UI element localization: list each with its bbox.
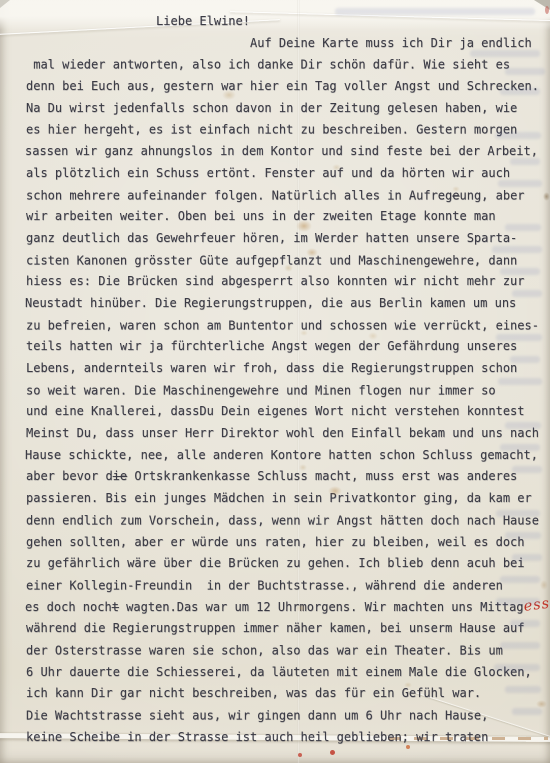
struck-out-text: ie xyxy=(113,469,127,483)
typed-text: wir arbeiten weiter. Oben bei uns in der… xyxy=(26,209,496,223)
typed-text: während die Regierungstruppen immer nähe… xyxy=(26,621,525,635)
typed-text: denn bei Euch aus, gestern war hier ein … xyxy=(26,79,539,93)
letter-line: es doch nocht wagten.Das war um 12 Uhrmo… xyxy=(25,597,550,619)
letter-line: hiess es: Die Brücken sind abgesperrt al… xyxy=(26,271,550,293)
letter-line: Die Wachtstrasse sieht aus, wir gingen d… xyxy=(26,706,550,728)
letter-line: 6 Uhr dauerte die Schiesserei, da läutet… xyxy=(26,662,550,684)
letter-line: zu gefährlich wäre über die Brücken zu g… xyxy=(26,553,550,575)
letter-line: wir arbeiten weiter. Oben bei uns in der… xyxy=(26,206,550,228)
letter-line: Auf Deine Karte muss ich Dir ja endlich xyxy=(26,33,550,55)
typed-text: cisten Kanonen grösster Güte aufgepflanz… xyxy=(26,253,517,267)
typed-text: Hause schickte, nee, alle anderen Kontor… xyxy=(25,448,538,462)
typed-text: 6 Uhr dauerte die Schiesserei, da läutet… xyxy=(26,665,532,679)
typed-text: Lebens, andernteils waren wir froh, dass… xyxy=(26,361,517,375)
typed-text: Liebe Elwine! xyxy=(26,14,250,28)
typed-text: einer Kollegin-Freundin in der Buchtstra… xyxy=(26,578,503,592)
letter-line: passieren. Bis ein junges Mädchen in sei… xyxy=(26,488,550,510)
typed-text: Neustadt hinüber. Die Regierungstruppen,… xyxy=(25,296,516,310)
struck-out-text: t xyxy=(112,600,119,614)
letter-line: teils hatten wir ja fürchterliche Angst … xyxy=(26,336,550,358)
letter-line: während die Regierungstruppen immer nähe… xyxy=(26,618,550,640)
page-corner-shadow-top-right xyxy=(534,0,550,10)
letter-line: ich kann Dir gar nicht beschreiben, was … xyxy=(26,683,550,705)
letter-line: Meinst Du, dass unser Herr Direktor wohl… xyxy=(26,423,550,445)
typed-text: denn endlich zum Vorschein, dass, wenn w… xyxy=(26,513,539,527)
typed-text: aber bevor d xyxy=(26,469,113,483)
typed-text: Meinst Du, dass unser Herr Direktor wohl… xyxy=(26,426,539,440)
letter-line: aber bevor die Ortskrankenkasse Schluss … xyxy=(26,466,550,488)
page-corner-shadow-top-left xyxy=(0,0,10,8)
typed-text: teils hatten wir ja fürchterliche Angst … xyxy=(26,339,517,353)
letter-line: sassen wir ganz ahnungslos in dem Kontor… xyxy=(25,141,550,163)
typed-text: ganz deutlich das Gewehrfeuer hören, im … xyxy=(26,231,517,245)
typed-text: gehen sollten, aber er würde uns raten, … xyxy=(26,535,525,549)
typed-text: hiess es: Die Brücken sind abgesperrt al… xyxy=(26,274,525,288)
typed-text: als plötzlich ein Schuss ertönt. Fenster… xyxy=(26,166,510,180)
letter-line: denn bei Euch aus, gestern war hier ein … xyxy=(26,76,550,98)
typed-text: zu gefährlich wäre über die Brücken zu g… xyxy=(26,556,525,570)
letter-line: denn endlich zum Vorschein, dass, wenn w… xyxy=(26,510,550,532)
letter-line: zu befreien, waren schon am Buntentor un… xyxy=(26,315,550,337)
letter-line: keine Scheibe in der Strasse ist auch he… xyxy=(26,727,550,749)
letter-line: Na Du wirst jedenfalls schon davon in de… xyxy=(26,98,550,120)
typed-text: es doch noch xyxy=(25,600,112,614)
typed-text: keine Scheibe in der Strasse ist auch he… xyxy=(26,730,488,744)
letter-line: einer Kollegin-Freundin in der Buchtstra… xyxy=(26,575,550,597)
typed-text: es hier hergeht, es ist einfach nicht zu… xyxy=(26,123,517,137)
typed-text: Die Wachtstrasse sieht aus, wir gingen d… xyxy=(26,709,488,723)
letter-line: als plötzlich ein Schuss ertönt. Fenster… xyxy=(26,163,550,185)
letter-line: es hier hergeht, es ist einfach nicht zu… xyxy=(26,120,550,142)
red-ink-speck xyxy=(298,753,302,757)
typed-text: Auf Deine Karte muss ich Dir ja endlich xyxy=(26,36,532,50)
letter-line: Hause schickte, nee, alle anderen Kontor… xyxy=(25,445,550,467)
letter-line: Neustadt hinüber. Die Regierungstruppen,… xyxy=(25,293,550,315)
letter-page: Liebe Elwine! Auf Deine Karte muss ich D… xyxy=(0,0,550,763)
typed-text: sassen wir ganz ahnungslos in dem Kontor… xyxy=(25,144,538,158)
typed-text: wagten.Das war um 12 Uhrmorgens. Wir mac… xyxy=(119,600,524,614)
letter-body: Liebe Elwine! Auf Deine Karte muss ich D… xyxy=(26,11,550,748)
letter-line: der Osterstrasse waren sie schon, also d… xyxy=(26,640,550,662)
struck-out-text: e xyxy=(452,188,459,202)
typed-text: der Osterstrasse waren sie schon, also d… xyxy=(26,643,503,657)
letter-line: Liebe Elwine! xyxy=(26,11,550,33)
typed-text: so weit waren. Die Maschinengewehre und … xyxy=(26,383,496,397)
letter-line: mal wieder antworten, also ich danke Dir… xyxy=(26,55,550,77)
typed-text: schon mehrere aufeinander folgen. Natürl… xyxy=(26,188,452,202)
red-ink-speck xyxy=(330,750,335,755)
typed-text: Ortskrankenkasse Schluss macht, muss ers… xyxy=(127,469,517,483)
letter-line: so weit waren. Die Maschinengewehre und … xyxy=(26,380,550,402)
typed-text: zu befreien, waren schon am Buntentor un… xyxy=(26,318,539,332)
letter-line: gehen sollten, aber er würde uns raten, … xyxy=(26,532,550,554)
letter-line: ganz deutlich das Gewehrfeuer hören, im … xyxy=(26,228,550,250)
letter-line: cisten Kanonen grösster Güte aufgepflanz… xyxy=(26,250,550,272)
letter-line: und eine Knallerei, dassDu Dein eigenes … xyxy=(26,401,550,423)
typed-text: passieren. Bis ein junges Mädchen in sei… xyxy=(26,491,532,505)
typed-text: mal wieder antworten, also ich danke Dir… xyxy=(26,58,510,72)
typed-text: und eine Knallerei, dassDu Dein eigenes … xyxy=(26,404,525,418)
letter-line: schon mehrere aufeinander folgen. Natürl… xyxy=(26,185,550,207)
typed-text: ich kann Dir gar nicht beschreiben, was … xyxy=(26,686,481,700)
letter-line: Lebens, andernteils waren wir froh, dass… xyxy=(26,358,550,380)
typed-text: Na Du wirst jedenfalls schon davon in de… xyxy=(26,101,517,115)
typed-text: ung, aber xyxy=(460,188,525,202)
